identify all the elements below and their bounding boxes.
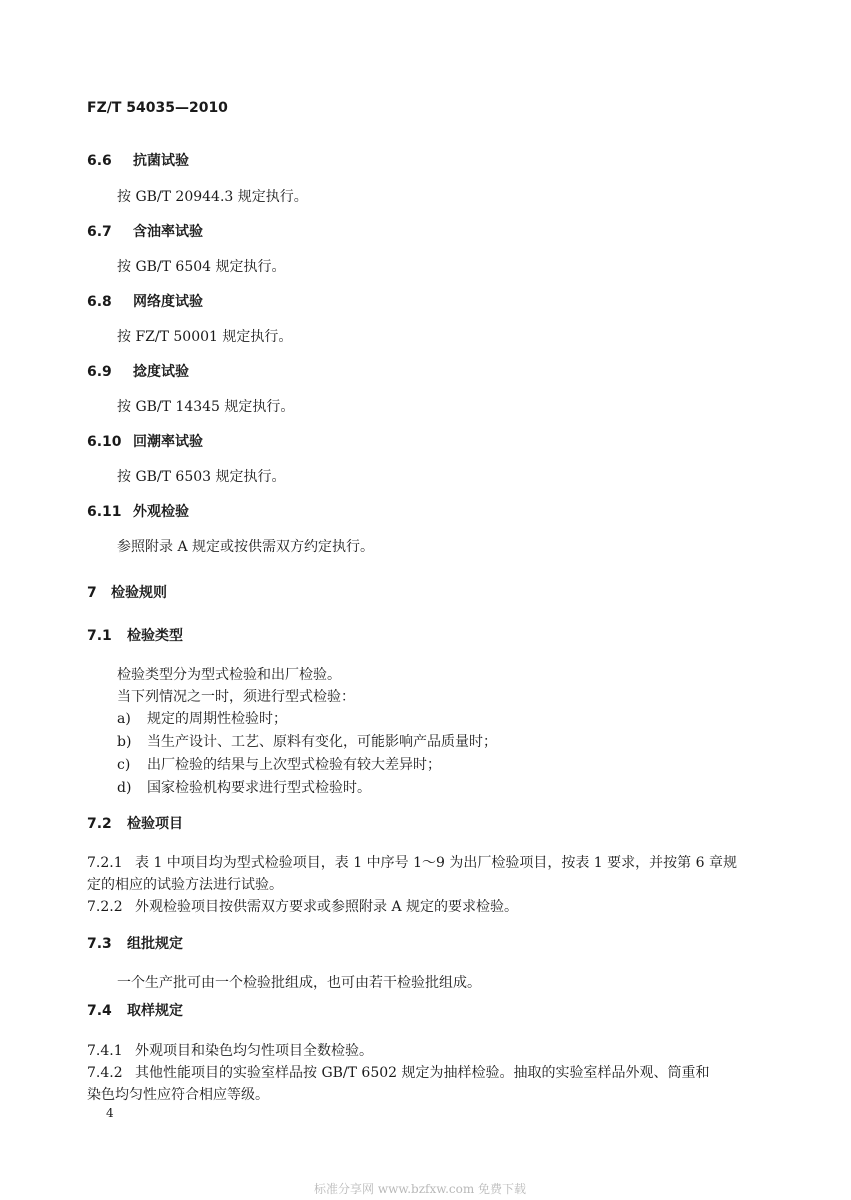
section-text-6-8: 按 FZ/T 50001 规定执行。 xyxy=(117,326,292,346)
section-heading-7-2: 7.2检验项目 xyxy=(87,813,183,833)
standard-code: FZ/T 54035—2010 xyxy=(87,100,228,116)
list-item-d: d)国家检验机构要求进行型式检验时。 xyxy=(117,777,371,797)
list-item-b: b)当生产设计、工艺、原料有变化，可能影响产品质量时； xyxy=(117,731,497,751)
section-heading-6-8: 6.8网络度试验 xyxy=(87,291,203,311)
clause-7-4-1: 7.4.1外观项目和染色均匀性项目全数检验。 xyxy=(87,1040,373,1060)
clause-7-2-1: 7.2.1表 1 中项目均为型式检验项目，表 1 中序号 1～9 为出厂检验项目… xyxy=(87,852,737,872)
section-heading-6-10: 6.10回潮率试验 xyxy=(87,431,203,451)
clause-7-2-2: 7.2.2外观检验项目按供需双方要求或参照附录 A 规定的要求检验。 xyxy=(87,896,518,916)
section-heading-6-11: 6.11外观检验 xyxy=(87,501,189,521)
section-heading-7-3: 7.3组批规定 xyxy=(87,933,183,953)
section-heading-6-7: 6.7含油率试验 xyxy=(87,221,203,241)
section-text-6-10: 按 GB/T 6503 规定执行。 xyxy=(117,466,286,486)
clause-7-2-1-continued: 定的相应的试验方法进行试验。 xyxy=(87,874,283,894)
section-heading-7-4: 7.4取样规定 xyxy=(87,1000,183,1020)
section-heading-6-6: 6.6抗菌试验 xyxy=(87,150,189,170)
paragraph-7-3: 一个生产批可由一个检验批组成，也可由若干检验批组成。 xyxy=(117,972,481,992)
paragraph-7-1-conditions: 当下列情况之一时，须进行型式检验： xyxy=(117,686,355,706)
section-text-6-9: 按 GB/T 14345 规定执行。 xyxy=(117,396,294,416)
section-heading-7-1: 7.1检验类型 xyxy=(87,625,183,645)
page-number: 4 xyxy=(106,1106,114,1120)
section-text-6-6: 按 GB/T 20944.3 规定执行。 xyxy=(117,186,308,206)
list-item-a: a)规定的周期性检验时； xyxy=(117,708,287,728)
section-text-6-11: 参照附录 A 规定或按供需双方约定执行。 xyxy=(117,536,374,556)
paragraph-7-1-types: 检验类型分为型式检验和出厂检验。 xyxy=(117,664,341,684)
list-item-c: c)出厂检验的结果与上次型式检验有较大差异时； xyxy=(117,754,441,774)
section-heading-6-9: 6.9捻度试验 xyxy=(87,361,189,381)
section-text-6-7: 按 GB/T 6504 规定执行。 xyxy=(117,256,286,276)
watermark: 标准分享网 www.bzfxw.com 免费下载 xyxy=(314,1180,526,1197)
clause-7-4-2: 7.4.2其他性能项目的实验室样品按 GB/T 6502 规定为抽样检验。抽取的… xyxy=(87,1062,710,1082)
clause-7-4-2-continued: 染色均匀性应符合相应等级。 xyxy=(87,1084,269,1104)
chapter-heading-7: 7检验规则 xyxy=(87,582,167,602)
